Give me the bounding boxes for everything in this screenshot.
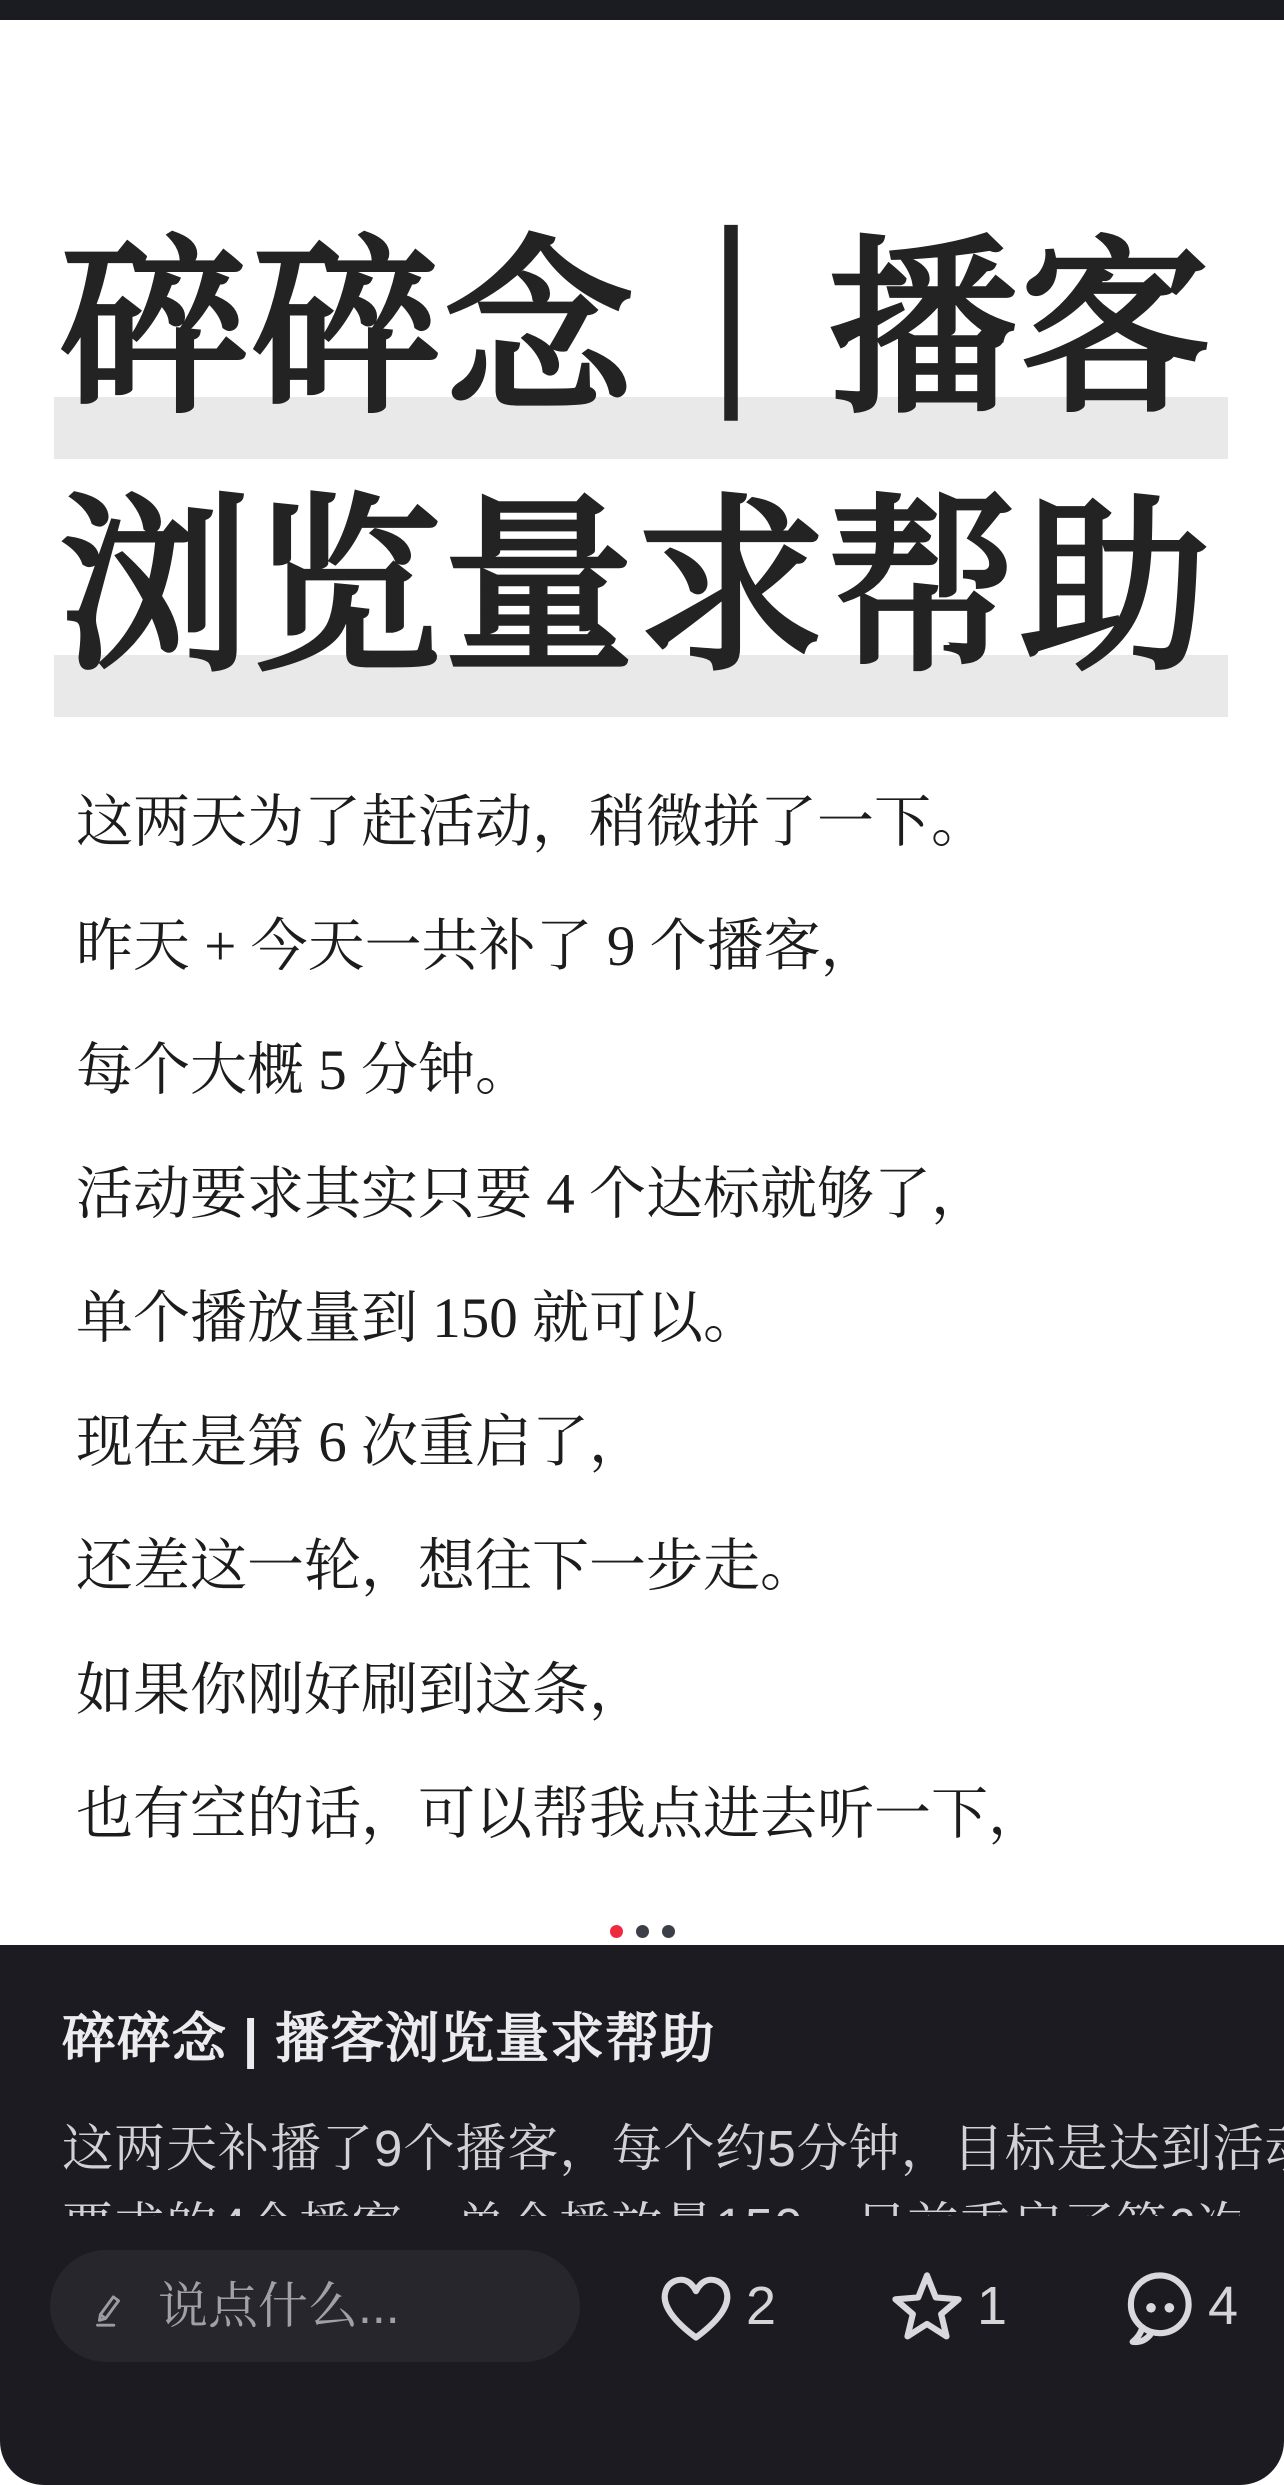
page-indicator: [0, 1925, 1284, 1938]
heart-icon: [654, 2264, 738, 2348]
comment-button[interactable]: 4: [1116, 2264, 1238, 2348]
star-icon: [885, 2264, 969, 2348]
post-paragraph: 也有空的话，可以帮我点进去听一下，: [76, 1775, 1224, 1855]
post-paragraph: 活动要求其实只要 4 个达标就够了，: [76, 1155, 1224, 1235]
panel-description: 这两天补播了9个播客，每个约5分钟，目标是达到活动 要求的4个播客，单个播放量1…: [62, 2110, 1240, 2216]
description-line-clipped: 要求的4个播客，单个播放量150，目前重启了第6次: [62, 2188, 1240, 2216]
post-info-panel: 碎碎念 | 播客浏览量求帮助 这两天补播了9个播客，每个约5分钟，目标是达到活动…: [0, 1945, 1284, 2485]
like-button[interactable]: 2: [654, 2264, 776, 2348]
collect-button[interactable]: 1: [885, 2264, 1007, 2348]
post-title-line-1: 碎碎念｜播客: [60, 203, 1230, 461]
pagination-dot: [636, 1925, 649, 1938]
post-title: 碎碎念｜播客 浏览量求帮助: [60, 203, 1230, 719]
chat-bubble-icon: [1116, 2264, 1200, 2348]
post-paragraph: 每个大概 5 分钟。: [76, 1031, 1224, 1111]
post-paragraph: 现在是第 6 次重启了，: [76, 1403, 1224, 1483]
comment-input[interactable]: [156, 2276, 520, 2336]
post-page[interactable]: 碎碎念｜播客 浏览量求帮助 这两天为了赶活动，稍微拼了一下。 昨天 + 今天一共…: [0, 20, 1284, 1945]
collect-count: 1: [977, 2275, 1007, 2337]
post-paragraph: 还差这一轮，想往下一步走。: [76, 1527, 1224, 1607]
engagement-bar: 2 1 4: [50, 2250, 1238, 2362]
status-bar: [0, 0, 1284, 20]
comment-count: 4: [1208, 2275, 1238, 2337]
pagination-dot: [662, 1925, 675, 1938]
post-paragraph: 昨天 + 今天一共补了 9 个播客，: [76, 907, 1224, 987]
pencil-icon: [86, 2283, 132, 2329]
post-paragraph: 这两天为了赶活动，稍微拼了一下。: [76, 783, 1224, 863]
pagination-dot-active: [610, 1925, 623, 1938]
comment-input-pill[interactable]: [50, 2250, 580, 2362]
description-line: 这两天补播了9个播客，每个约5分钟，目标是达到活动: [62, 2110, 1240, 2188]
post-paragraph: 如果你刚好刷到这条，: [76, 1651, 1224, 1731]
panel-post-title: 碎碎念 | 播客浏览量求帮助: [62, 2009, 1228, 2069]
post-body: 这两天为了赶活动，稍微拼了一下。 昨天 + 今天一共补了 9 个播客， 每个大概…: [76, 783, 1224, 1855]
post-paragraph: 单个播放量到 150 就可以。: [76, 1279, 1224, 1359]
app-screen: 碎碎念｜播客 浏览量求帮助 这两天为了赶活动，稍微拼了一下。 昨天 + 今天一共…: [0, 0, 1284, 2485]
post-title-line-2: 浏览量求帮助: [60, 461, 1230, 719]
action-buttons: 2 1 4: [654, 2264, 1238, 2348]
like-count: 2: [746, 2275, 776, 2337]
